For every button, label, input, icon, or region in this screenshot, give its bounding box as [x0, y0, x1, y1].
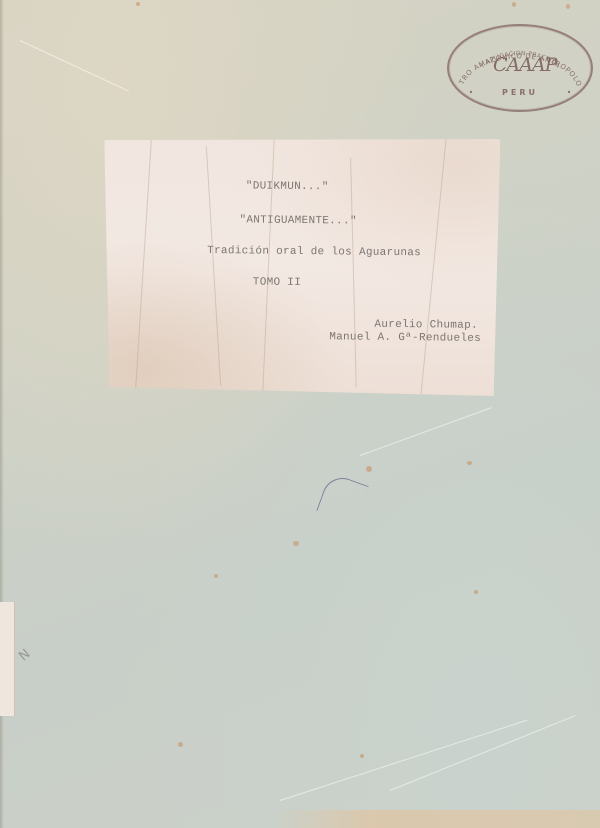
foxing-spot — [474, 590, 478, 594]
foxing-spot — [214, 574, 218, 578]
foxing-spot — [566, 4, 570, 9]
label-author-1: Aurelio Chumap. — [374, 319, 478, 332]
paper-crease — [20, 40, 129, 92]
foxing-spot — [360, 754, 364, 758]
foxing-spot — [293, 541, 299, 546]
foxing-spot — [178, 742, 183, 747]
label-title-2: "ANTIGUAMENTE..." — [239, 214, 356, 227]
foxing-spot — [512, 2, 516, 7]
water-stain — [270, 810, 600, 828]
foxing-spot — [366, 466, 372, 472]
paper-crack — [420, 139, 446, 395]
stamp-country: PERU — [449, 88, 591, 97]
institution-stamp: CENTRO AMAZONICO DE ANTROPOLOGIA Y APLIC… — [447, 24, 593, 112]
paper-crease — [360, 407, 492, 456]
paper-crack — [262, 137, 275, 394]
folder-cover: CENTRO AMAZONICO DE ANTROPOLOGIA Y APLIC… — [0, 0, 600, 828]
side-paper-tab — [0, 602, 15, 716]
pencil-mark: N — [16, 647, 33, 665]
ink-stroke — [316, 472, 369, 525]
label-subtitle: Tradición oral de los Aguarunas — [207, 245, 421, 259]
paper-crack — [206, 146, 221, 386]
paper-crease — [390, 715, 576, 791]
label-author-2: Manuel A. Gª-Rendueles — [329, 331, 481, 345]
paper-crease — [280, 720, 528, 801]
paper-crack — [350, 158, 357, 388]
foxing-spot — [136, 2, 140, 6]
label-title-1: "DUIKMUN..." — [246, 180, 329, 193]
foxing-spot — [467, 461, 472, 465]
stamp-logo: CAAAP — [493, 54, 553, 76]
paper-crack — [135, 136, 152, 393]
label-volume: TOMO II — [253, 276, 301, 289]
title-label-card: "DUIKMUN..." "ANTIGUAMENTE..." Tradición… — [102, 135, 501, 396]
